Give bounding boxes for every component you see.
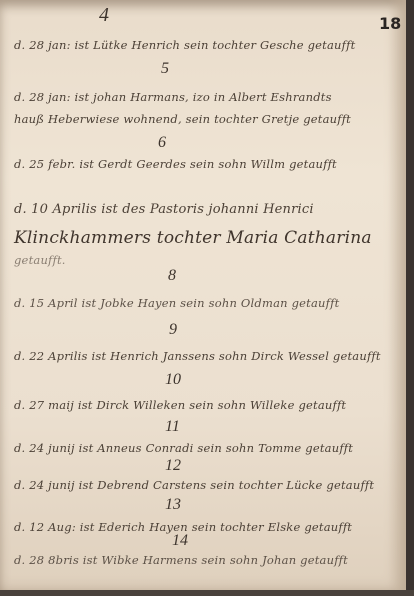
entry-number: 5 xyxy=(161,60,169,78)
entry-line: hauß Heberwiese wohnend, sein tochter Gr… xyxy=(14,112,351,126)
entry-number: 6 xyxy=(158,134,166,152)
entry-number: 4 xyxy=(99,4,109,27)
entry-line: d. 25 febr. ist Gerdt Geerdes sein sohn … xyxy=(14,157,337,171)
entry-line: d. 10 Aprilis ist des Pastoris johanni H… xyxy=(14,202,314,217)
folio-number: 18 xyxy=(379,14,401,33)
entry-line: d. 28 jan: ist johan Harmans, izo in Alb… xyxy=(14,90,332,104)
entry-line: getaufft. xyxy=(14,253,66,267)
scan-border xyxy=(0,590,414,596)
entry-line: d. 24 junij ist Debrend Carstens sein to… xyxy=(14,478,374,492)
entry-number: 11 xyxy=(165,418,180,436)
entry-number: 9 xyxy=(169,321,177,339)
entry-number: 14 xyxy=(172,532,188,550)
entry-line: d. 28 8bris ist Wibke Harmens sein sohn … xyxy=(14,553,348,567)
entry-number: 10 xyxy=(165,371,181,389)
entry-line: d. 27 maij ist Dirck Willeken sein sohn … xyxy=(14,398,346,412)
entry-line: d. 15 April ist Jobke Hayen sein sohn Ol… xyxy=(14,296,339,310)
entry-number: 8 xyxy=(168,267,176,285)
entry-line: d. 22 Aprilis ist Henrich Janssens sohn … xyxy=(14,349,381,363)
entry-line: d. 28 jan: ist Lütke Henrich sein tochte… xyxy=(14,38,355,52)
entry-line: Klinckhammers tochter Maria Catharina xyxy=(14,228,372,248)
entry-line: d. 24 junij ist Anneus Conradi sein sohn… xyxy=(14,441,353,455)
page-edge-shading xyxy=(388,0,406,590)
entry-number: 13 xyxy=(165,496,181,514)
entry-number: 12 xyxy=(165,457,181,475)
manuscript-page: 18 4 d. 28 jan: ist Lütke Henrich sein t… xyxy=(0,0,406,590)
